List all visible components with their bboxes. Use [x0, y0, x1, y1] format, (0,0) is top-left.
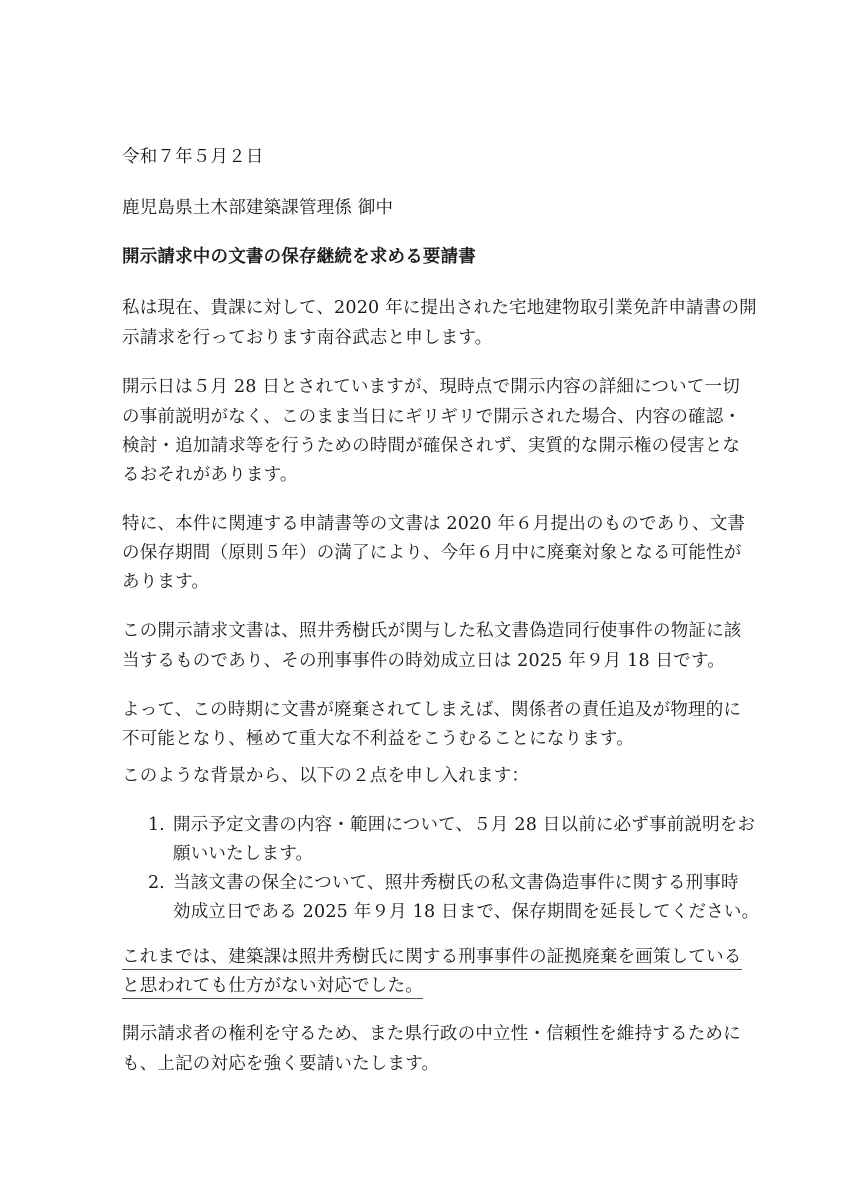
paragraph-line: るおそれがあります。	[122, 463, 298, 487]
underlined-line-wrapper: と思われても仕方がない対応でした。	[122, 974, 423, 998]
list-number: 2.	[148, 871, 165, 895]
list-line: 当該文書の保全について、照井秀樹氏の私文書偽造事件に関する刑事時	[173, 871, 739, 895]
paragraph-line: 私は現在、貴課に対して、2020 年に提出された宅地建物取引業免許申請書の開	[122, 296, 757, 320]
list-number: 1.	[148, 813, 165, 837]
paragraph-line: 示請求を行っております南谷武志と申します。	[122, 326, 492, 350]
underlined-line: と思われても仕方がない対応でした。	[122, 976, 423, 999]
list-line: 効成立日である 2025 年９月 18 日まで、保存期間を延長してください。	[173, 900, 759, 924]
paragraph-line: 不可能となり、極めて重大な不利益をこうむることになります。	[122, 727, 634, 751]
paragraph-line: も、上記の対応を強く要請いたします。	[122, 1052, 439, 1076]
paragraph-line: この開示請求文書は、照井秀樹氏が関与した私文書偽造同行使事件の物証に該	[122, 619, 742, 643]
paragraph-line: 当するものであり、その刑事事件の時効成立日は 2025 年９月 18 日です。	[122, 649, 725, 673]
paragraph-line: 開示請求者の権利を守るため、また県行政の中立性・信頼性を維持するために	[122, 1022, 741, 1046]
underlined-line-wrapper: これまでは、建築課は照井秀樹氏に関する刑事事件の証拠廃棄を画策している	[122, 945, 742, 969]
addressee: 鹿児島県土木部建築課管理係 御中	[122, 196, 393, 220]
underlined-line: これまでは、建築課は照井秀樹氏に関する刑事事件の証拠廃棄を画策している	[122, 947, 742, 970]
paragraph-line: の事前説明がなく、このまま当日にギリギリで開示された場合、内容の確認・	[122, 405, 741, 429]
paragraph-line: 開示日は５月 28 日とされていますが、現時点で開示内容の詳細について一切	[122, 375, 740, 399]
paragraph-line: よって、この時期に文書が廃棄されてしまえば、関係者の責任追及が物理的に	[122, 698, 741, 722]
list-line: 願いいたします。	[173, 842, 313, 866]
paragraph-line: の保存期間（原則５年）の満了により、今年６月中に廃棄対象となる可能性が	[122, 541, 742, 565]
document-date: 令和７年５月２日	[122, 145, 264, 169]
paragraph-line: このような背景から、以下の２点を申し入れます：	[122, 764, 529, 788]
paragraph-line: あります。	[122, 570, 209, 594]
list-line: 開示予定文書の内容・範囲について、５月 28 日以前に必ず事前説明をお	[173, 813, 755, 837]
document-title: 開示請求中の文書の保存継続を求める要請書	[122, 245, 476, 269]
paragraph-line: 特に、本件に関連する申請書等の文書は 2020 年６月提出のものであり、文書	[122, 512, 745, 536]
paragraph-line: 検討・追加請求等を行うための時間が確保されず、実質的な開示権の侵害とな	[122, 434, 740, 458]
